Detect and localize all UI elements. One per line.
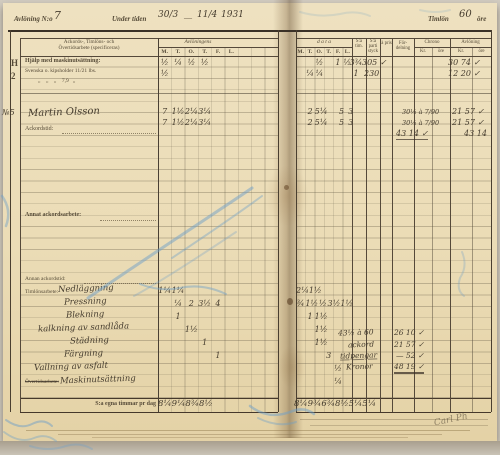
ackordstid-label: Ackordstid: <box>25 126 53 133</box>
timlons-row-right-days: ¼ <box>296 378 352 386</box>
cell-value <box>296 352 305 360</box>
cell-value: 1½ <box>305 300 318 308</box>
rule-line <box>310 425 488 426</box>
maskin-rowA-left-days: ½¼½½ <box>158 59 238 67</box>
cell-value <box>296 70 305 78</box>
desc-column-header: Ackords-, Timlöns- och Övertidsarbete (s… <box>22 40 156 51</box>
day-labels-right: M.T.O.T.F.L. <box>296 49 352 55</box>
cell-value <box>305 59 314 67</box>
cell-value: 1½ <box>309 287 322 295</box>
cell-value <box>211 326 224 334</box>
cell-value: 1 <box>305 313 314 321</box>
cell-value: F. <box>211 49 224 55</box>
rule-line <box>296 93 491 94</box>
col-fordelning: För- delning <box>393 41 413 51</box>
cell-value <box>185 287 198 295</box>
cell-value: ½ <box>158 70 171 78</box>
cell-value <box>225 352 238 360</box>
cell-value: 5¼ <box>349 400 363 409</box>
cell-value <box>198 70 211 78</box>
ackord-total-mid: 43 14 ✓ <box>396 130 428 140</box>
timlons-row-left-days: 1¼1¼ <box>158 287 238 295</box>
page-edge-line <box>26 430 470 431</box>
summary-line1-amount: 26 10 ✓ <box>394 329 424 337</box>
cell-value: T. <box>171 49 184 55</box>
dotted-leader <box>100 219 156 221</box>
cell-value: ½ <box>333 365 342 373</box>
rule-line <box>414 47 491 48</box>
cell-value <box>340 287 349 295</box>
cell-value <box>296 365 305 373</box>
rule-line <box>278 30 279 412</box>
summary-line1-desc: 43½ à 60 <box>338 328 374 337</box>
cell-value <box>225 59 238 67</box>
cell-value <box>211 339 224 347</box>
desk-shadow <box>0 441 500 455</box>
cell-value: O. <box>185 49 198 55</box>
cell-value: 3¼ <box>198 119 211 127</box>
summary-total-amount: 48 19 ✓ <box>394 363 424 374</box>
cell-value: 8¼ <box>294 400 308 409</box>
cell-value <box>305 326 314 334</box>
maskin-title: Hjälp med maskinutsättning: <box>25 58 100 65</box>
cell-value <box>328 339 337 347</box>
maskin-rowB-sa-tim: 1 <box>348 70 364 78</box>
maskin-rowA-parti: 305 ✓ <box>362 59 387 67</box>
cell-value <box>213 400 226 409</box>
rule-line <box>450 38 451 412</box>
desc-header-line2: Övertidsarbete (specificeras) <box>22 46 156 52</box>
maskin-rowA-right-days: ½1½ <box>296 59 352 67</box>
page-edge-line <box>92 437 408 438</box>
cell-value: 7 <box>158 119 171 127</box>
cell-value <box>296 339 305 347</box>
cell-value: 1¼ <box>171 287 184 295</box>
cell-value <box>185 352 198 360</box>
cell-value <box>296 108 305 116</box>
margin-code-2: 2 <box>11 72 16 82</box>
cell-value <box>328 108 337 116</box>
summary-total-label: Kronor <box>346 363 373 371</box>
cell-value <box>225 70 238 78</box>
col-a-pris: à pris <box>381 41 392 46</box>
cell-value <box>198 313 211 321</box>
cell-value: 3½ <box>328 300 341 308</box>
cell-value: L. <box>343 49 352 55</box>
ink-spot <box>284 185 289 190</box>
cell-value <box>305 339 314 347</box>
overtidsarbete-label: Övertidsarbete: <box>25 379 59 385</box>
rule-line <box>8 30 491 32</box>
cell-value <box>315 352 324 360</box>
ackord-margin-number: №5 <box>2 109 15 117</box>
timlons-row-name: Pressning <box>64 297 107 307</box>
timlons-row-name: Blekning <box>66 310 105 320</box>
rule-line <box>10 30 11 412</box>
cell-value: 5¼ <box>315 119 328 127</box>
cell-value <box>296 59 305 67</box>
cell-value: T. <box>198 49 211 55</box>
col-sa-tim: S:a tim. <box>353 39 366 49</box>
cell-value <box>198 352 211 360</box>
ackord-rowB-price-line: 30¼ à 7/90 <box>402 120 439 127</box>
maskin-sub1: Svenska o. kipsholder 11/21 lbs. <box>25 68 96 74</box>
cell-value <box>346 313 355 321</box>
cell-value: 2¼ <box>296 287 309 295</box>
rule-line <box>20 398 278 399</box>
rule-line <box>380 38 381 412</box>
cell-value <box>305 365 314 373</box>
cell-value: T. <box>305 49 314 55</box>
timlons-row-name: Färgning <box>64 349 103 359</box>
cell-value: ½ <box>185 59 198 67</box>
cell-value: 3 <box>324 352 333 360</box>
cell-value: ¼ <box>333 378 342 386</box>
cell-value <box>171 70 184 78</box>
timlons-row-right-days: 2¼1½ <box>296 287 359 295</box>
cell-value: ½ <box>315 59 324 67</box>
cell-value <box>315 378 324 386</box>
cell-value <box>211 59 224 67</box>
cell-value: 2 <box>305 108 314 116</box>
cell-value: F. <box>333 49 342 55</box>
cell-value <box>198 287 211 295</box>
ackord-rowA-left-days: 71½2¼3¼ <box>158 108 238 116</box>
cell-value: 5¼ <box>362 400 376 409</box>
period-year: 1931 <box>221 11 244 20</box>
cell-value: 4 <box>211 300 224 308</box>
cell-value <box>225 326 238 334</box>
cell-value: ¼ <box>171 300 184 308</box>
ackord-rowA-right-days: 25¼53 <box>296 108 355 116</box>
avloning-label: Avlöning N:o <box>14 16 53 24</box>
cell-value <box>171 339 184 347</box>
rule-line <box>392 38 393 412</box>
cell-value: 9¾ <box>308 400 322 409</box>
cell-value: M. <box>158 49 171 55</box>
col-avloning-ore: öre <box>472 49 491 54</box>
cell-value: M. <box>296 49 305 55</box>
cell-value: L. <box>225 49 238 55</box>
timlons-row-left-days: ¼23½4 <box>158 300 238 308</box>
col-avloning-kr: Kr. <box>450 49 472 54</box>
rule-line <box>20 38 21 412</box>
cell-value <box>171 326 184 334</box>
cell-value <box>225 108 238 116</box>
timlons-row-left-days: 1 <box>158 339 238 347</box>
timlons-row-left-days: 1½ <box>158 326 238 334</box>
cell-value: T. <box>324 49 333 55</box>
col-chrono-kr: Kr. <box>414 49 432 54</box>
timlons-row-name: Städning <box>70 336 109 346</box>
cell-value <box>328 326 337 334</box>
cell-value <box>353 300 362 308</box>
cell-value: 3 <box>346 108 355 116</box>
cell-value: ¼ <box>305 70 314 78</box>
ackord-rowB-left-days: 71½2¼3¼ <box>158 119 238 127</box>
cell-value <box>331 287 340 295</box>
summary-line2-amount: 21 57 ✓ <box>394 341 424 349</box>
bottom-totals-right: 8¼9¾6¾8½5¼5¼ <box>294 400 376 409</box>
rule-line <box>472 47 473 412</box>
sa-egna-timmar-label: S:a egna timmar pr dag <box>58 401 156 408</box>
cell-value: 3 <box>346 119 355 127</box>
cell-value <box>158 313 171 321</box>
cell-value <box>337 339 346 347</box>
col-chrono-ore: öre <box>432 49 450 54</box>
rule-line <box>20 38 278 39</box>
summary-line3-amount: — 52 ✓ <box>396 352 424 360</box>
cell-value <box>296 378 305 386</box>
ackord-rowB-right-days: 25¼53 <box>296 119 355 127</box>
cell-value <box>158 339 171 347</box>
timlons-row-right-days: ½ <box>296 365 352 373</box>
maskin-sub2: „ „ „ 7,9 „ <box>38 78 75 84</box>
timlons-row-left-days: 1 <box>158 313 238 321</box>
timlon-value: 60 <box>459 10 472 20</box>
timlons-row-left-days: 1 <box>158 352 238 360</box>
cell-value <box>225 287 238 295</box>
bottom-totals-left: 8¼9¼8¾8½ <box>158 400 239 409</box>
summary-line2-desc: ackord <box>348 341 374 349</box>
cell-value <box>211 287 224 295</box>
cell-value <box>296 313 305 321</box>
maskin-rowB-right-days: ¼¼ <box>296 70 352 78</box>
maskin-rowB-parti: 230 <box>364 70 379 78</box>
cell-value <box>158 352 171 360</box>
margin-code-h: H <box>11 59 18 69</box>
cell-value: 8½ <box>199 400 213 409</box>
cell-value <box>211 108 224 116</box>
maskin-rowB-avloning: 12 20 ✓ <box>448 70 480 78</box>
cell-value: 9¼ <box>172 400 186 409</box>
cell-value: ½ <box>318 300 327 308</box>
maskin-rowA-avloning: 30 74 ✓ <box>448 59 480 67</box>
cell-value: ½ <box>158 59 171 67</box>
rule-line <box>158 47 278 48</box>
day-labels-left: M.T.O.T.F.L. <box>158 49 238 55</box>
cell-value: 1 <box>198 339 211 347</box>
period-from: 30/3 <box>158 11 178 20</box>
cell-value: 1 <box>333 59 342 67</box>
cell-value: ¾ <box>296 300 305 308</box>
cell-value: 2 <box>305 119 314 127</box>
timlonsarbete-label: Timlönsarbete: <box>25 289 58 295</box>
rule-line <box>296 56 491 57</box>
annat-ackordsarbete-label: Annat ackordsarbete: <box>25 212 81 219</box>
cell-value: 1½ <box>315 339 328 347</box>
cell-value <box>198 326 211 334</box>
cell-value <box>158 326 171 334</box>
cell-value: 1½ <box>315 326 328 334</box>
cell-value: 1½ <box>340 300 353 308</box>
cell-value <box>226 400 239 409</box>
timlons-row-right-days: 11½ <box>296 313 355 321</box>
right-week-title: d a t a <box>296 39 352 45</box>
cell-value: O. <box>315 49 324 55</box>
summary-line3-desc: tidpengar <box>340 351 377 360</box>
cell-value <box>324 378 333 386</box>
cell-value <box>324 365 333 373</box>
cell-value: 5 <box>337 108 346 116</box>
cell-value: 1½ <box>185 326 198 334</box>
ackord-rowA-amount: 21 57 ✓ <box>452 108 484 116</box>
cell-value: 8¾ <box>185 400 199 409</box>
col-sa-parti: S:a parti styck <box>367 39 380 55</box>
ackord-rowB-amount: 21 57 ✓ <box>452 119 484 127</box>
page-edge-line <box>58 434 442 435</box>
cell-value <box>185 70 198 78</box>
rule-line <box>296 47 352 48</box>
cell-value <box>171 352 184 360</box>
cell-value <box>337 313 346 321</box>
ackord-total-right: 43 14 <box>464 130 487 138</box>
cell-value <box>225 300 238 308</box>
ackord-rowA-price-line: 30¼ à 7/90 <box>402 109 439 116</box>
rule-line <box>20 412 278 413</box>
rule-line <box>432 47 433 412</box>
cell-value <box>324 59 333 67</box>
cell-value: 5 <box>337 119 346 127</box>
ledger-photo: Avlöning N:o 7 Under tiden 30/3 — 11/4 1… <box>0 0 500 455</box>
dotted-leader <box>62 132 156 134</box>
cell-value <box>322 287 331 295</box>
avloning-number: 7 <box>54 10 61 21</box>
cell-value: 2 <box>185 300 198 308</box>
cell-value <box>315 365 324 373</box>
cell-value: ½ <box>198 59 211 67</box>
cell-value: ¼ <box>171 59 184 67</box>
cell-value: 6¾ <box>321 400 335 409</box>
cell-value <box>305 378 314 386</box>
cell-value <box>328 313 337 321</box>
rule-line <box>20 93 278 94</box>
cell-value: 3¼ <box>198 108 211 116</box>
col-chrono: Chrono <box>414 40 450 46</box>
cell-value <box>296 119 305 127</box>
cell-value <box>296 326 305 334</box>
cell-value: 2¼ <box>185 119 198 127</box>
cell-value: 2¼ <box>185 108 198 116</box>
cell-value <box>333 70 342 78</box>
cell-value <box>211 70 224 78</box>
cell-value <box>211 313 224 321</box>
cell-value: 7 <box>158 108 171 116</box>
cell-value <box>225 119 238 127</box>
ink-spot <box>287 298 293 305</box>
timlons-row-right-days: 1½ <box>296 339 355 347</box>
cell-value: 8¼ <box>158 400 172 409</box>
cell-value <box>350 287 359 295</box>
cell-value: 1 <box>171 313 184 321</box>
cell-value <box>343 378 352 386</box>
cell-value: 1½ <box>171 119 184 127</box>
cell-value <box>225 339 238 347</box>
rule-line <box>491 30 492 412</box>
annan-ackordstid-label: Annan ackordstid: <box>25 276 65 282</box>
cell-value: 1 <box>211 352 224 360</box>
left-week-title: Avlöningens <box>158 39 238 45</box>
timlons-row-right-days: ¾1½½3½1½ <box>296 300 363 308</box>
cell-value <box>328 119 337 127</box>
rule-line <box>20 56 278 57</box>
period-to: 11/4 <box>197 11 217 20</box>
cell-value <box>305 352 314 360</box>
cell-value: 1¼ <box>158 287 171 295</box>
cell-value <box>324 70 333 78</box>
cell-value <box>211 119 224 127</box>
cell-value: 1½ <box>315 313 328 321</box>
timlon-unit: öre <box>477 16 486 24</box>
cell-value <box>225 313 238 321</box>
cell-value: 1½ <box>171 108 184 116</box>
period-dash: — <box>184 14 192 23</box>
timlons-row-name: Nedläggning <box>58 284 114 294</box>
cell-value <box>185 339 198 347</box>
col-avloning: Avlöning <box>450 40 491 46</box>
maskin-rowB-left-days: ½ <box>158 70 238 78</box>
cell-value: 3½ <box>198 300 211 308</box>
cell-value: 8½ <box>335 400 349 409</box>
under-tiden-label: Under tiden <box>112 16 146 24</box>
cell-value: 5¼ <box>315 108 328 116</box>
cell-value <box>185 313 198 321</box>
timlon-label: Timlön <box>428 16 449 24</box>
cell-value: ¼ <box>315 70 324 78</box>
cell-value <box>158 300 171 308</box>
